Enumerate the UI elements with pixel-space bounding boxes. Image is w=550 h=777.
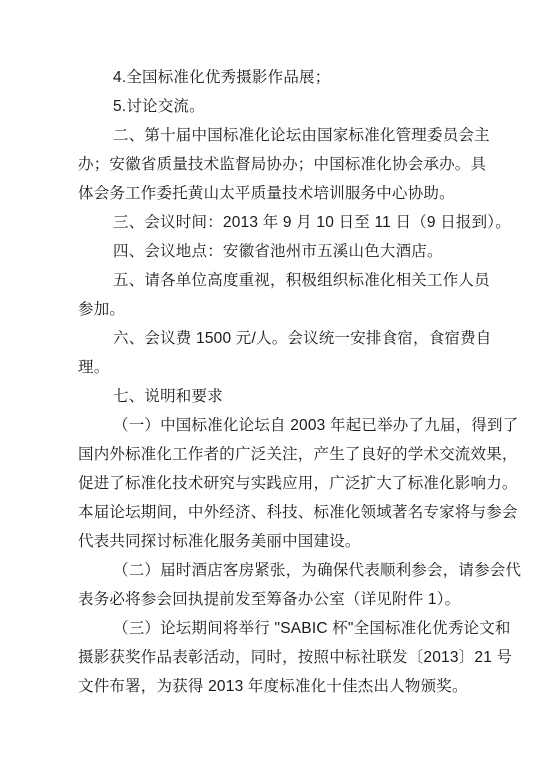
text-line: 国内外标准化工作者的广泛关注，产生了良好的学术交流效果， [78, 440, 550, 469]
text-line: 三、会议时间：2013 年 9 月 10 日至 11 日（9 日报到）。 [78, 208, 550, 237]
text-line: 本届论坛期间，中外经济、科技、标准化领域著名专家将与参会 [78, 498, 550, 527]
text-line: 七、说明和要求 [78, 382, 550, 411]
text-line: （一）中国标准化论坛自 2003 年起已举办了九届，得到了 [78, 411, 550, 440]
section-5-participation: 五、请各单位高度重视，积极组织标准化相关工作人员 参加。 [78, 266, 550, 324]
text-line: 四、会议地点：安徽省池州市五溪山色大酒店。 [78, 237, 550, 266]
text-line: 理。 [78, 353, 550, 382]
text-line: 摄影获奖作品表彰活动，同时，按照中标社联发〔2013〕21 号 [78, 643, 550, 672]
list-item-5: 5.讨论交流。 [78, 92, 550, 121]
section-3-meeting-time: 三、会议时间：2013 年 9 月 10 日至 11 日（9 日报到）。 [78, 208, 550, 237]
text-line: 二、第十届中国标准化论坛由国家标准化管理委员会主 [78, 121, 550, 150]
section-6-fee: 六、会议费 1500 元/人。会议统一安排食宿，食宿费自 理。 [78, 324, 550, 382]
text-line: 体会务工作委托黄山太平质量技术培训服务中心协助。 [78, 179, 550, 208]
note-3-awards: （三）论坛期间将举行 "SABIC 杯"全国标准化优秀论文和 摄影获奖作品表彰活… [78, 614, 550, 701]
text-line: 表务必将参会回执提前发至筹备办公室（详见附件 1）。 [78, 585, 550, 614]
section-4-meeting-venue: 四、会议地点：安徽省池州市五溪山色大酒店。 [78, 237, 550, 266]
text-line: 促进了标准化技术研究与实践应用，广泛扩大了标准化影响力。 [78, 469, 550, 498]
section-2-hosts: 二、第十届中国标准化论坛由国家标准化管理委员会主 办；安徽省质量技术监督局协办；… [78, 121, 550, 208]
text-line: 办；安徽省质量技术监督局协办；中国标准化协会承办。具 [78, 150, 550, 179]
text-line: （三）论坛期间将举行 "SABIC 杯"全国标准化优秀论文和 [78, 614, 550, 643]
note-2-hotel-rooms: （二）届时酒店客房紧张，为确保代表顺利参会，请参会代 表务必将参会回执提前发至筹… [78, 556, 550, 614]
text-line: 5.讨论交流。 [78, 92, 550, 121]
text-line: 六、会议费 1500 元/人。会议统一安排食宿，食宿费自 [78, 324, 550, 353]
document-body: 4.全国标准化优秀摄影作品展； 5.讨论交流。 二、第十届中国标准化论坛由国家标… [78, 63, 550, 701]
list-item-4: 4.全国标准化优秀摄影作品展； [78, 63, 550, 92]
text-line: 代表共同探讨标准化服务美丽中国建设。 [78, 527, 550, 556]
document-page: 4.全国标准化优秀摄影作品展； 5.讨论交流。 二、第十届中国标准化论坛由国家标… [0, 0, 550, 777]
section-7-heading: 七、说明和要求 [78, 382, 550, 411]
text-line: 4.全国标准化优秀摄影作品展； [78, 63, 550, 92]
text-line: 五、请各单位高度重视，积极组织标准化相关工作人员 [78, 266, 550, 295]
note-1-forum-history: （一）中国标准化论坛自 2003 年起已举办了九届，得到了 国内外标准化工作者的… [78, 411, 550, 556]
text-line: （二）届时酒店客房紧张，为确保代表顺利参会，请参会代 [78, 556, 550, 585]
text-line: 文件布署，为获得 2013 年度标准化十佳杰出人物颁奖。 [78, 672, 550, 701]
text-line: 参加。 [78, 295, 550, 324]
